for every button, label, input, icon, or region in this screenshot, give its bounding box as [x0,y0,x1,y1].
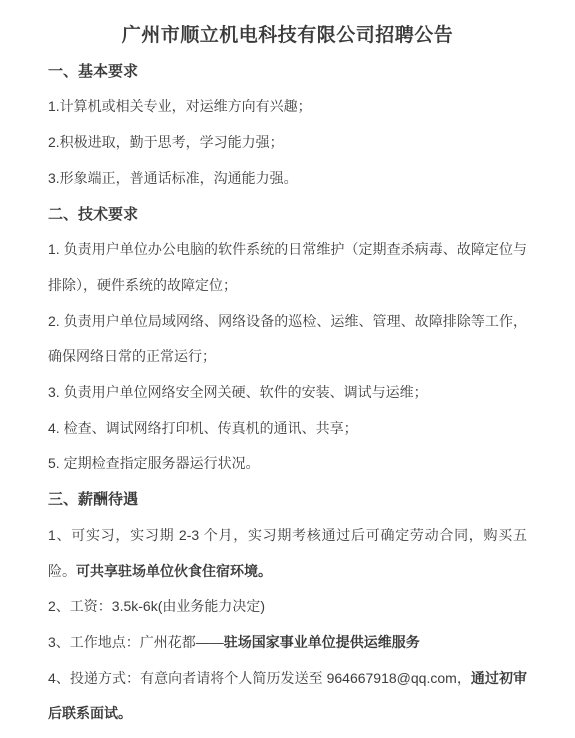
list-item: 5. 定期检查指定服务器运行状况。 [48,446,527,482]
section-heading-technical-requirements: 二、技术要求 [48,197,527,233]
list-item: 2、工资：3.5k-6k(由业务能力决定) [48,589,527,625]
item-bold-text: 可共享驻场单位伙食住宿环境。 [76,563,272,579]
section-heading-basic-requirements: 一、基本要求 [48,54,527,90]
item-text: 3.形象端正，普通话标准，沟通能力强。 [48,170,298,186]
item-text: 5. 定期检查指定服务器运行状况。 [48,455,260,471]
list-item: 1.计算机或相关专业，对运维方向有兴趣； [48,89,527,125]
section-heading-salary-benefits: 三、薪酬待遇 [48,482,527,518]
item-text: 1. 负责用户单位办公电脑的软件系统的日常维护（定期查杀病毒、故障定位与排除），… [48,241,527,293]
item-text: 2.积极进取，勤于思考，学习能力强； [48,134,284,150]
item-text: 2. 负责用户单位局域网络、网络设备的巡检、运维、管理、故障排除等工作，确保网络… [48,313,527,365]
list-item: 1. 负责用户单位办公电脑的软件系统的日常维护（定期查杀病毒、故障定位与排除），… [48,232,527,303]
item-bold-text: 驻场国家事业单位提供运维服务 [224,634,420,650]
page-title: 广州市顺立机电科技有限公司招聘公告 [48,18,527,54]
list-item: 1、可实习，实习期 2-3 个月，实习期考核通过后可确定劳动合同，购买五险。可共… [48,518,527,589]
item-text: 1.计算机或相关专业，对运维方向有兴趣； [48,98,312,114]
list-item: 3. 负责用户单位网络安全网关硬、软件的安装、调试与运维； [48,375,527,411]
list-item: 3、工作地点：广州花都——驻场国家事业单位提供运维服务 [48,625,527,661]
item-text: 2、工资：3.5k-6k(由业务能力决定) [48,598,265,614]
item-text: 4. 检查、调试网络打印机、传真机的通讯、共享； [48,420,358,436]
list-item: 3.形象端正，普通话标准，沟通能力强。 [48,161,527,197]
document-page: 广州市顺立机电科技有限公司招聘公告 一、基本要求 1.计算机或相关专业，对运维方… [0,0,575,738]
list-item: 2.积极进取，勤于思考，学习能力强； [48,125,527,161]
list-item: 4. 检查、调试网络打印机、传真机的通讯、共享； [48,411,527,447]
item-text: 3. 负责用户单位网络安全网关硬、软件的安装、调试与运维； [48,384,428,400]
list-item: 2. 负责用户单位局域网络、网络设备的巡检、运维、管理、故障排除等工作，确保网络… [48,304,527,375]
list-item: 4、投递方式：有意向者请将个人简历发送至 964667918@qq.com，通过… [48,661,527,732]
item-text: 3、工作地点：广州花都—— [48,634,224,650]
item-text: 4、投递方式：有意向者请将个人简历发送至 964667918@qq.com， [48,670,471,686]
